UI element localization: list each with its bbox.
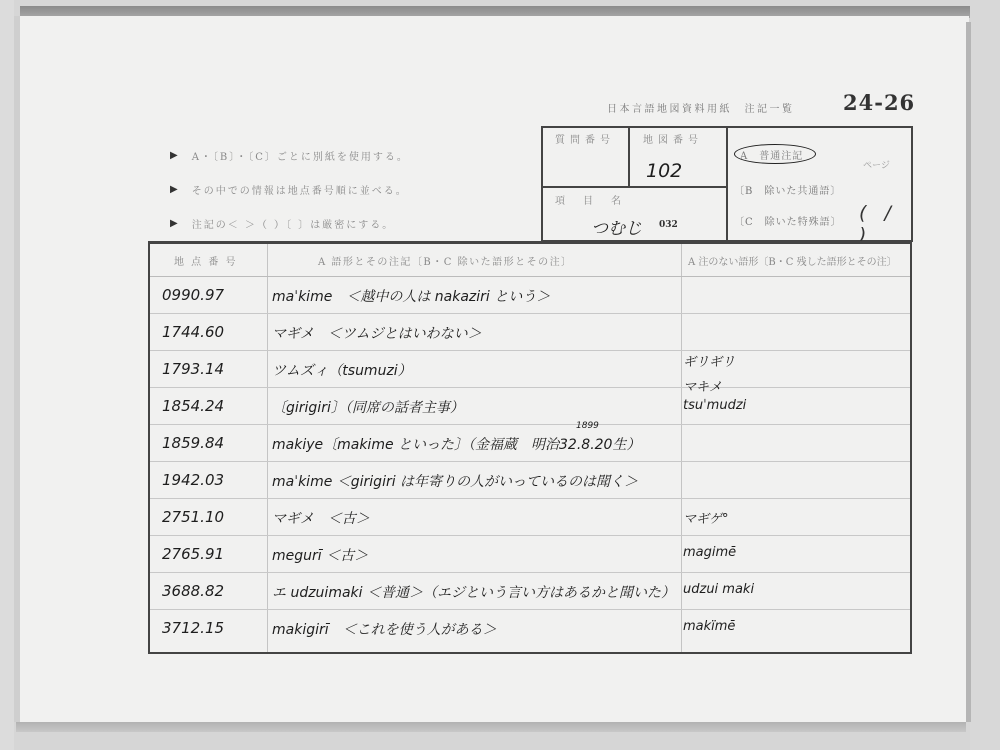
table-header: 地 点 番 号 A 語形とその注記〔B・C 除いた語形とその注〕 A 注のない語… <box>150 244 910 277</box>
instructions-list: ▶ A・〔B〕・〔C〕ごとに別紙を使用する。 ▶ その中での情報は地点番号順に並… <box>170 138 409 240</box>
form-and-note: 〔girigiri〕（同席の話者主事） <box>272 397 464 417</box>
form-and-note: megurī ＜古＞ <box>272 545 368 565</box>
triangle-right-icon: ▶ <box>170 218 180 229</box>
table-row: 2751.10マギメ ＜古＞マギゲ° <box>150 499 910 536</box>
question-number-label: 質問番号 <box>555 131 615 146</box>
paper-shadow-bottom <box>16 722 966 732</box>
point-number: 1859.84 <box>162 434 224 452</box>
info-box: 質問番号 地図番号 102 項目名 つむじ 032 A 普通注記 〔B 除いた共… <box>541 126 913 242</box>
scan-backdrop-left <box>0 0 14 750</box>
category-c: 〔C 除いた特殊語〕 <box>734 213 842 228</box>
item-code: 032 <box>659 220 678 230</box>
item-name-label: 項目名 <box>555 192 639 207</box>
point-number: 3712.15 <box>162 619 224 637</box>
header-form-without-note: A 注のない語形〔B・C 残した語形とその注〕 <box>688 253 897 268</box>
table-row: 3688.82エ udzuimaki ＜普通＞（エジという言い方はあるかと聞いた… <box>150 573 910 610</box>
table-row: 3712.15makigirī ＜これを使う人がある＞makïmē <box>150 610 910 647</box>
table-row: 1793.14ツムズィ（tsumuzi）ギリギリ <box>150 351 910 388</box>
form-without-note: マキメ <box>683 376 722 395</box>
form-without-note: makïmē <box>683 619 735 634</box>
form-without-note-extra: tsuˈmudzi <box>683 398 746 413</box>
point-number: 1793.14 <box>162 360 224 378</box>
form-and-note: マギメ ＜ツムジとはいわない＞ <box>272 323 482 343</box>
table-row: 0990.97maˈkime ＜越中の人は nakaziri という＞ <box>150 277 910 314</box>
table-row: 2765.91megurī ＜古＞magimē <box>150 536 910 573</box>
table-row: 1854.24〔girigiri〕（同席の話者主事）マキメtsuˈmudzi <box>150 388 910 425</box>
instruction-item: ▶ A・〔B〕・〔C〕ごとに別紙を使用する。 <box>170 138 409 172</box>
paper-edge <box>966 22 971 722</box>
form-and-note: makiye〔makime といった〕（金福蔵 明治32.8.20生） <box>272 434 640 454</box>
point-number: 1744.60 <box>162 323 224 341</box>
scan-backdrop-right <box>970 0 1000 750</box>
form-without-note: magimē <box>683 545 736 560</box>
form-without-note: ギリギリ <box>683 351 735 370</box>
form-and-note: makigirī ＜これを使う人がある＞ <box>272 619 497 639</box>
form-and-note: マギメ ＜古＞ <box>272 508 370 528</box>
table-row: 1859.84makiye〔makime といった〕（金福蔵 明治32.8.20… <box>150 425 910 462</box>
instruction-item: ▶ その中での情報は地点番号順に並べる。 <box>170 172 409 206</box>
form-without-note: マギゲ° <box>683 508 729 527</box>
header-form-and-note: A 語形とその注記〔B・C 除いた語形とその注〕 <box>318 253 573 268</box>
point-number: 3688.82 <box>162 582 224 600</box>
page-label: ページ <box>863 158 890 171</box>
triangle-right-icon: ▶ <box>170 184 180 195</box>
year-annotation: 1899 <box>576 421 599 431</box>
page-number: ( / ) <box>859 202 911 246</box>
form-and-note: maˈkime ＜girigiri は年寄りの人がいっているのは聞く＞ <box>272 471 638 491</box>
map-number-label: 地図番号 <box>643 131 703 146</box>
category-b: 〔B 除いた共通語〕 <box>734 182 841 197</box>
annotation-table: 地 点 番 号 A 語形とその注記〔B・C 除いた語形とその注〕 A 注のない語… <box>148 241 912 654</box>
triangle-right-icon: ▶ <box>170 150 180 161</box>
header-point-number: 地 点 番 号 <box>174 253 238 268</box>
form-without-note: udzui maki <box>683 582 754 597</box>
point-number: 0990.97 <box>162 286 224 304</box>
table-row: 1744.60マギメ ＜ツムジとはいわない＞ <box>150 314 910 351</box>
divider <box>543 186 726 188</box>
table-row: 1942.03maˈkime ＜girigiri は年寄りの人がいっているのは聞… <box>150 462 910 499</box>
instruction-text: その中での情報は地点番号順に並べる。 <box>192 182 408 197</box>
point-number: 1942.03 <box>162 471 224 489</box>
instruction-text: 注記の＜ ＞（ ）〔 〕は厳密にする。 <box>192 216 395 231</box>
instruction-item: ▶ 注記の＜ ＞（ ）〔 〕は厳密にする。 <box>170 206 409 240</box>
item-name-value: つむじ <box>591 214 642 239</box>
map-number-value: 102 <box>646 160 682 182</box>
form-and-note: ツムズィ（tsumuzi） <box>272 360 412 380</box>
form-and-note: maˈkime ＜越中の人は nakaziri という＞ <box>272 286 550 306</box>
divider <box>628 128 630 186</box>
instruction-text: A・〔B〕・〔C〕ごとに別紙を使用する。 <box>192 148 409 163</box>
point-number: 1854.24 <box>162 397 224 415</box>
category-a: A 普通注記 <box>740 147 803 162</box>
form-title: 日本言語地図資料用紙 注記一覧 <box>607 100 795 115</box>
point-number: 2751.10 <box>162 508 224 526</box>
point-number: 2765.91 <box>162 545 224 563</box>
divider <box>726 128 728 240</box>
form-and-note: エ udzuimaki ＜普通＞（エジという言い方はあるかと聞いた） <box>272 582 675 602</box>
form-code: 24-26 <box>843 90 915 115</box>
